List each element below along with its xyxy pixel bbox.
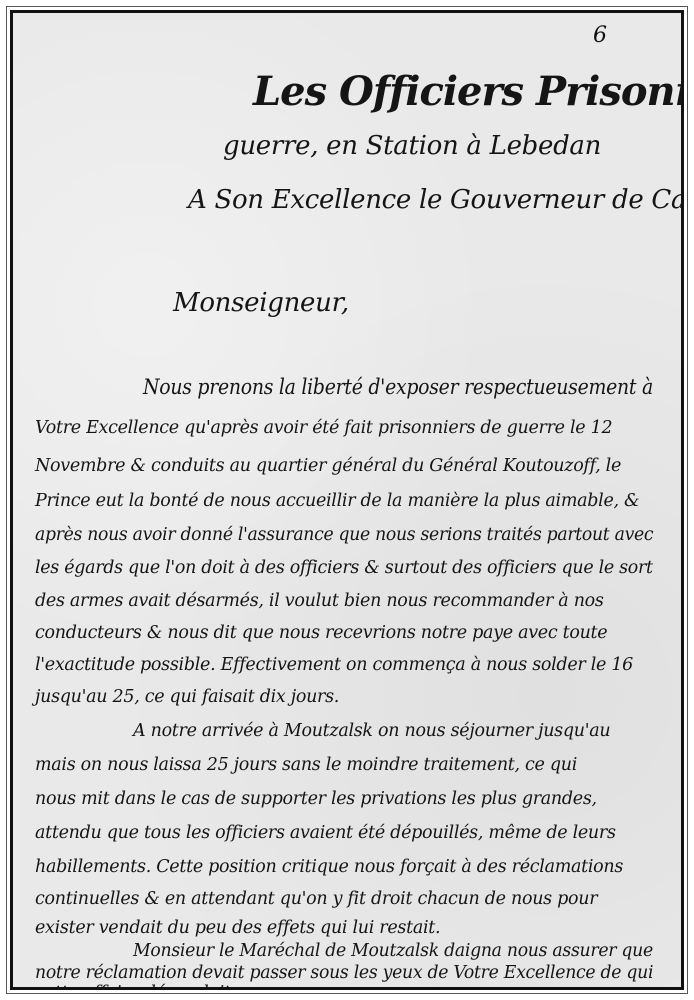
body-line: jusqu'au 25, ce qui faisait dix jours. <box>35 687 339 707</box>
body-line: habillements. Cette position critique no… <box>35 857 623 877</box>
body-line: mais on nous laissa 25 jours sans le moi… <box>35 755 577 775</box>
body-line: des armes avait désarmés, il voulut bien… <box>35 591 604 611</box>
letter-salutation: Monseigneur, <box>173 288 349 318</box>
body-line: cette affaire dépendait <box>35 983 231 990</box>
page-number: 6 <box>593 23 607 48</box>
body-line: Votre Excellence qu'après avoir été fait… <box>35 418 612 438</box>
body-line: notre réclamation devait passer sous les… <box>35 963 653 983</box>
body-line: continuelles & en attendant qu'on y fit … <box>35 889 597 909</box>
letter-title: Les Officiers Prisonniers de <box>253 68 684 115</box>
body-line: après nous avoir donné l'assurance que n… <box>35 525 653 545</box>
body-line: nous mit dans le cas de supporter les pr… <box>35 789 597 809</box>
body-line: exister vendait du peu des effets qui lu… <box>35 918 440 938</box>
body-line: l'exactitude possible. Effectivement on … <box>35 655 633 675</box>
letter-addressee: A Son Excellence le Gouverneur de Caloug… <box>188 185 684 215</box>
body-line: les égards que l'on doit à des officiers… <box>35 558 653 578</box>
body-line: Prince eut la bonté de nous accueillir d… <box>35 491 639 511</box>
manuscript-page: 6 Les Officiers Prisonniers de guerre, e… <box>10 10 684 990</box>
body-line: Novembre & conduits au quartier général … <box>35 456 621 476</box>
body-line: Nous prenons la liberté d'exposer respec… <box>143 375 653 399</box>
body-line: A notre arrivée à Moutzalsk on nous séjo… <box>133 721 610 741</box>
body-line: attendu que tous les officiers avaient é… <box>35 823 616 843</box>
body-line: conducteurs & nous dit que nous recevrio… <box>35 623 607 643</box>
letter-subtitle: guerre, en Station à Lebedan <box>223 131 601 161</box>
body-line: Monsieur le Maréchal de Moutzalsk daigna… <box>133 941 653 961</box>
